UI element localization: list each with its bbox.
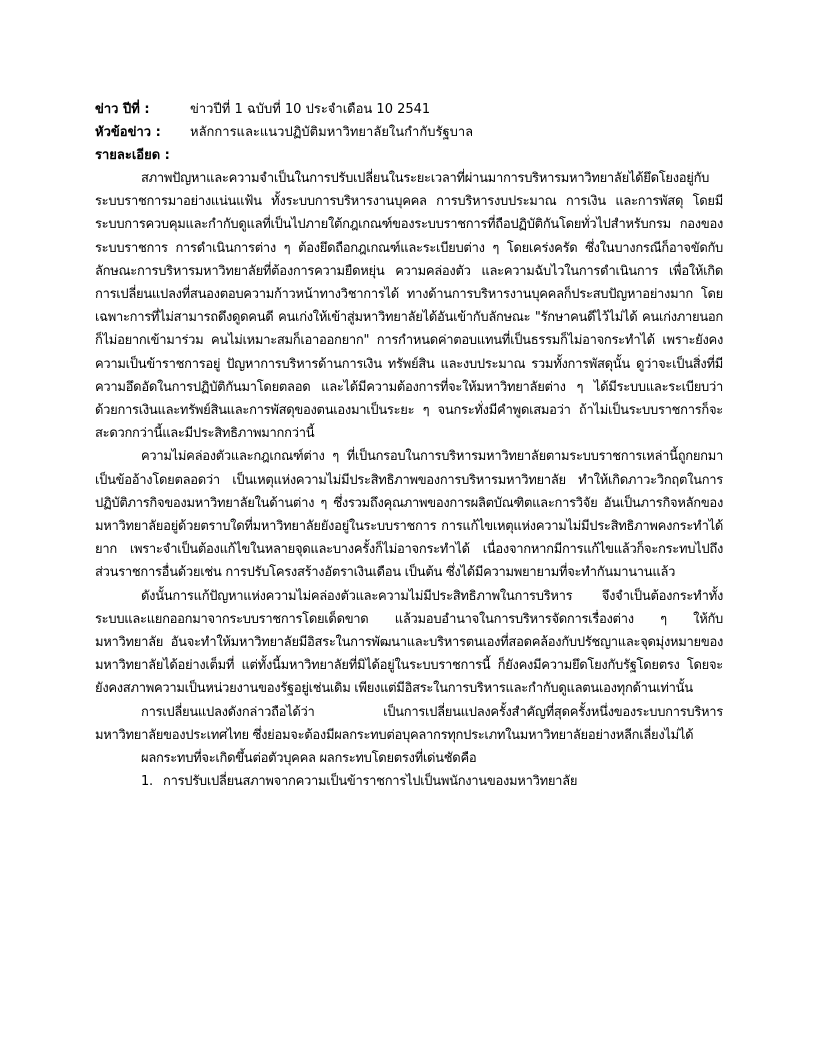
news-year-value: ข่าวปีที่ 1 ฉบับที่ 10 ประจำเดือน 10 254… xyxy=(190,98,430,121)
article-body: สภาพปัญหาและความจำเป็นในการปรับเปลี่ยนใน… xyxy=(95,167,723,770)
headline-value: หลักการและแนวปฏิบัติมหาวิทยาลัยในกำกับรั… xyxy=(190,121,473,144)
paragraph-4: การเปลี่ยนแปลงดังกล่าวถือได้ว่า เป็นการเ… xyxy=(95,701,723,747)
paragraph-1: สภาพปัญหาและความจำเป็นในการปรับเปลี่ยนใน… xyxy=(95,167,723,445)
paragraph-2: ความไม่คล่องตัวและกฎเกณฑ์ต่าง ๆ ที่เป็นก… xyxy=(95,445,723,584)
headline-row: หัวข้อข่าว : หลักการและแนวปฏิบัติมหาวิทย… xyxy=(95,121,723,144)
paragraph-5: ผลกระทบที่จะเกิดขึ้นต่อตัวบุคคล ผลกระทบโ… xyxy=(95,747,723,770)
news-year-row: ข่าว ปีที่ : ข่าวปีที่ 1 ฉบับที่ 10 ประจ… xyxy=(95,98,723,121)
details-row: รายละเอียด : xyxy=(95,144,723,167)
list-item-text: การปรับเปลี่ยนสภาพจากความเป็นข้าราชการไป… xyxy=(163,770,577,793)
news-year-label: ข่าว ปีที่ : xyxy=(95,98,190,121)
paragraph-3: ดังนั้นการแก้ปัญหาแห่งความไม่คล่องตัวและ… xyxy=(95,585,723,701)
list-item: 1. การปรับเปลี่ยนสภาพจากความเป็นข้าราชกา… xyxy=(141,770,723,793)
list-item-number: 1. xyxy=(141,770,163,793)
headline-label: หัวข้อข่าว : xyxy=(95,121,190,144)
impact-list: 1. การปรับเปลี่ยนสภาพจากความเป็นข้าราชกา… xyxy=(95,770,723,793)
details-label: รายละเอียด : xyxy=(95,144,190,167)
news-document: ข่าว ปีที่ : ข่าวปีที่ 1 ฉบับที่ 10 ประจ… xyxy=(95,98,723,793)
